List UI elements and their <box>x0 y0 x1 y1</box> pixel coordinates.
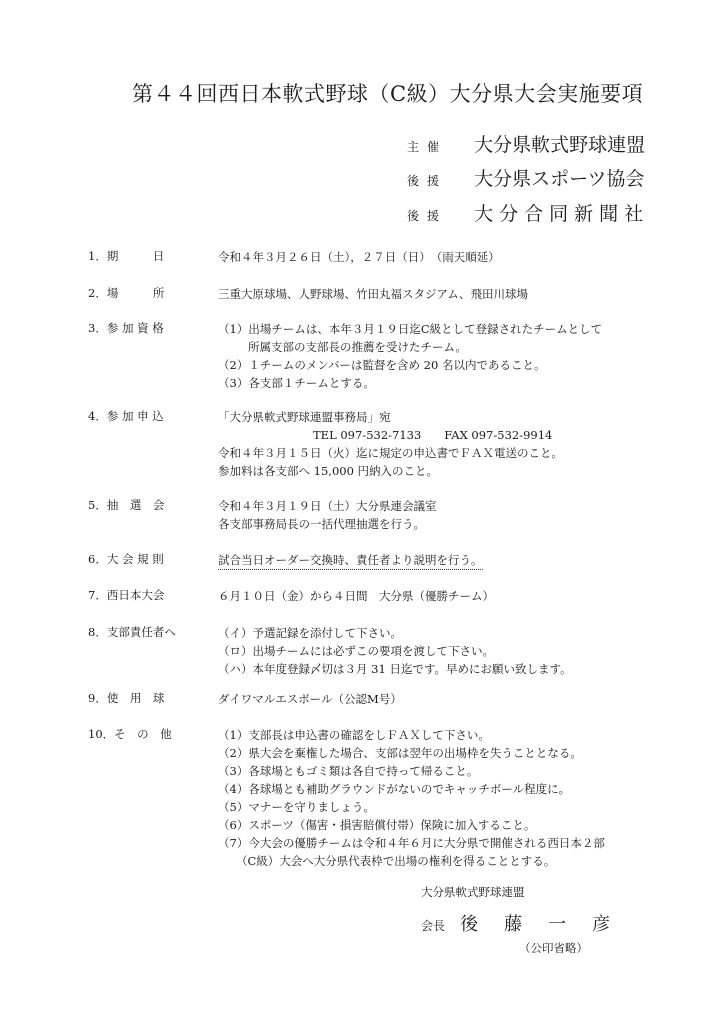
section-line: （ハ）本年度登録〆切は３月 31 日迄です。早めにお願い致します。 <box>218 660 572 678</box>
section-line: 三重大原球場、人野球場、竹田丸福スタジアム、飛田川球場 <box>218 285 528 303</box>
section-line: ダイワマルエスボール（公認M号） <box>218 690 402 708</box>
organizer-sponsor-2: 後援 大分合同新聞社 <box>407 199 649 226</box>
section-line: （C級）大会へ大分県代表枠で出場の権利を得ることとする。 <box>218 852 605 870</box>
section-line: ６月１０日（金）から４日間 大分県（優勝チーム） <box>218 587 494 605</box>
section-line: 「大分県軟式野球連盟事務局」宛 <box>218 408 563 426</box>
organizer-name: 大分県軟式野球連盟 <box>474 134 645 156</box>
section-line: （ロ）出場チームには必ずこの要項を渡して下さい。 <box>218 642 572 660</box>
section-line: （6）スポーツ（傷害・損害賠償付帯）保険に加入すること。 <box>218 816 605 834</box>
organizer-sponsor-1: 後援 大分県スポーツ協会 <box>407 164 644 191</box>
signature-name: 後 藤 一 彦 <box>460 914 614 935</box>
section-label: 7．西日本大会 <box>88 587 203 603</box>
organizer-role: 後援 <box>407 172 469 189</box>
section-line: （2）県大会を棄権した場合、支部は翌年の出場枠を失うこととなる。 <box>218 744 605 762</box>
organizer-name: 大分県スポーツ協会 <box>474 168 644 190</box>
signature-org: 大分県軟式野球連盟 <box>421 884 525 900</box>
organizer-role: 主催 <box>407 138 469 155</box>
signature-title: 会長 <box>421 919 445 933</box>
section-label: 9．使 用 球 <box>88 690 203 706</box>
section-line: （7）今大会の優勝チームは令和４年６月に大分県で開催される西日本２部 <box>218 834 605 852</box>
section-line: 令和４年３月１９日（土）大分県連会議室 <box>218 497 437 515</box>
section-label: 2．場 所 <box>88 285 203 301</box>
section-line: （3）各球場ともゴミ類は各自で持って帰ること。 <box>218 762 605 780</box>
section-label: 6．大 会 規 則 <box>88 551 203 567</box>
section-line: （5）マナーを守りましょう。 <box>218 798 605 816</box>
section-line: 令和４年３月１５日（火）迄に規定の申込書でＦＡＸ電送のこと。 <box>218 444 563 462</box>
section-label: 8．支部責任者へ <box>88 624 203 640</box>
section-label: 3．参 加 資 格 <box>88 320 203 336</box>
section-label: 4．参 加 申 込 <box>88 408 203 424</box>
section-line: （3）各支部１チームとする。 <box>218 374 602 392</box>
section-line: 令和４年３月２６日（土），２７日（日） （雨天順延） <box>218 248 500 266</box>
section-line: （イ）予選記録を添付して下さい。 <box>218 624 572 642</box>
section-label: 10．そ の 他 <box>88 726 203 742</box>
organizer-host: 主催 大分県軟式野球連盟 <box>407 130 645 157</box>
seal-omitted-note: （公印省略） <box>519 940 588 956</box>
organizer-name: 大分合同新聞社 <box>474 203 649 225</box>
section-line: （1）出場チームは、本年３月１９日迄C級として登録されたチームとして <box>218 320 602 338</box>
section-line: 各支部事務局長の一括代理抽選を行う。 <box>218 515 437 533</box>
section-line: （2）１チームのメンバーは監督を含め 20 名以内であること。 <box>218 356 602 374</box>
organizer-role: 後援 <box>407 207 469 224</box>
section-label: 5．抽 選 会 <box>88 497 203 513</box>
contact-line: TEL 097-532-7133 FAX 097-532-9914 <box>218 426 563 444</box>
section-line: 所属支部の支部長の推薦を受けたチーム。 <box>218 338 602 356</box>
section-line: （4）各球場とも補助グラウンドがないのでキャッチボール程度に。 <box>218 780 605 798</box>
document-title: 第４４回西日本軟式野球（C級）大分県大会実施要項 <box>132 78 643 108</box>
section-line: 試合当日オーダー交換時、責任者より説明を行う。 <box>218 551 483 570</box>
section-line: 参加料は各支部へ 15,000 円納入のこと。 <box>218 462 563 480</box>
signature-block: 会長 後 藤 一 彦 <box>421 910 614 936</box>
section-label: 1．期 日 <box>88 248 203 264</box>
section-line: （1）支部長は申込書の確認をしＦＡＸして下さい。 <box>218 726 605 744</box>
